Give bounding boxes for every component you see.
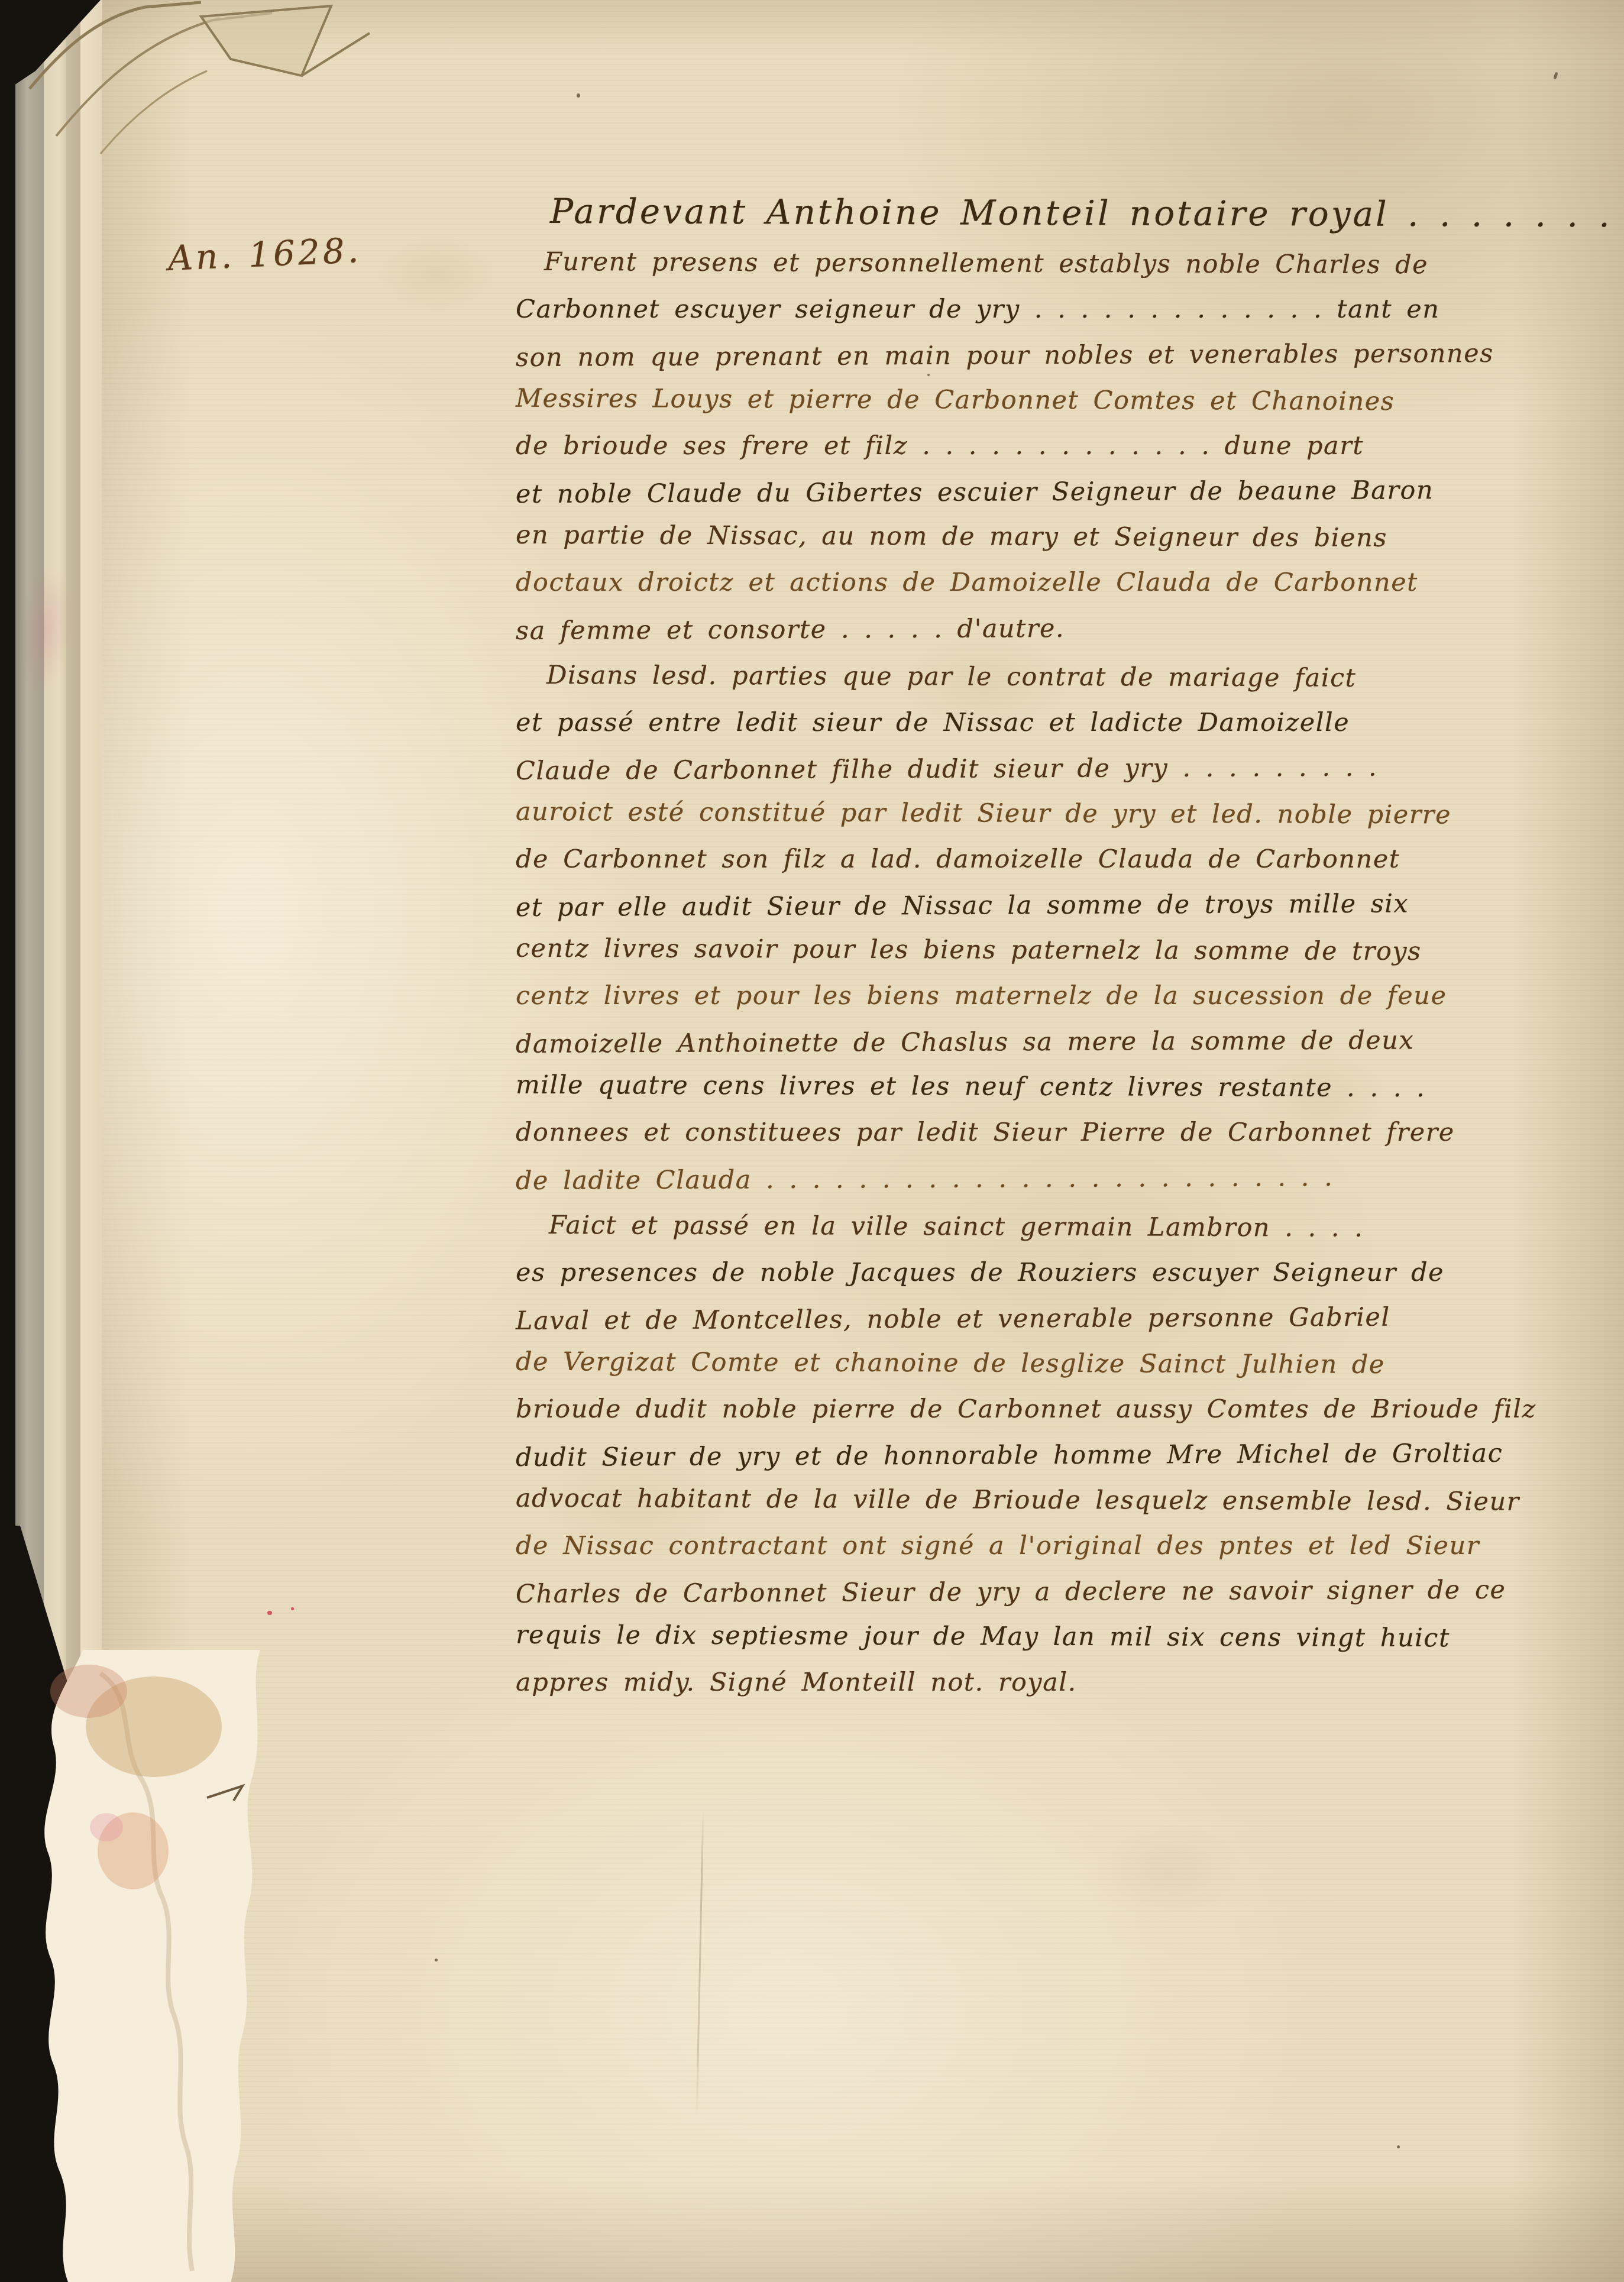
manuscript-line: es presences de noble Jacques de Rouzier…	[516, 1250, 1604, 1296]
manuscript-line: brioude dudit noble pierre de Carbonnet …	[516, 1387, 1604, 1432]
manuscript-line: et passé entre ledit sieur de Nissac et …	[516, 700, 1604, 746]
manuscript-line: de ladite Clauda . . . . . . . . . . . .…	[516, 1154, 1604, 1204]
paragraph-2: Furent presens et personnellement establ…	[516, 241, 1604, 651]
manuscript-line: requis le dix septiesme jour de May lan …	[516, 1613, 1604, 1662]
ink-speck	[435, 1959, 438, 1961]
folded-corner-marks	[24, 0, 402, 177]
manuscript-line: Laval et de Montcelles, noble et venerab…	[516, 1294, 1604, 1344]
manuscript-line: dudit Sieur de yry et de honnorable homm…	[516, 1430, 1604, 1481]
paragraph-4: Faict et passé en la ville sainct germai…	[516, 1205, 1604, 1705]
manuscript-line: Furent presens et personnellement establ…	[516, 239, 1604, 289]
torn-paper-edge	[12, 1650, 290, 2282]
year-margin-note: An. 1628.	[167, 230, 363, 279]
manuscript-line: appres midy. Signé Monteill not. royal.	[516, 1660, 1604, 1705]
red-ink-speck	[267, 1611, 272, 1615]
manuscript-line: Faict et passé en la ville sainct germai…	[516, 1203, 1604, 1252]
manuscript-line: de Nissac contractant ont signé a l'orig…	[516, 1523, 1604, 1569]
manuscript-line: son nom que prenant en main pour nobles …	[516, 331, 1604, 381]
manuscript-line: sa femme et consorte . . . . . d'autre.	[516, 604, 1604, 654]
manuscript-line: de Vergizat Comte et chanoine de lesgliz…	[516, 1339, 1604, 1388]
manuscript-line: de Carbonnet son filz a lad. damoizelle …	[516, 837, 1604, 882]
manuscript-line: mille quatre cens livres et les neuf cen…	[516, 1063, 1604, 1112]
paragraph-3: Disans lesd. parties que par le contrat …	[516, 655, 1604, 1201]
manuscript-text-block: Pardevant Anthoine Monteil notaire royal…	[516, 184, 1604, 1705]
manuscript-line: centz livres savoir pour les biens pater…	[516, 926, 1604, 975]
manuscript-line: auroict esté constitué par ledit Sieur d…	[516, 789, 1604, 839]
manuscript-line: et noble Claude du Gibertes escuier Seig…	[516, 467, 1604, 517]
manuscript-line: de brioude ses frere et filz . . . . . .…	[516, 423, 1604, 469]
scanned-manuscript-page: An. 1628. Pardevant Anthoine Monteil not…	[0, 0, 1624, 2282]
manuscript-line: damoizelle Anthoinette de Chaslus sa mer…	[516, 1017, 1604, 1067]
manuscript-line: donnees et constituees par ledit Sieur P…	[516, 1110, 1604, 1155]
manuscript-line: et par elle audit Sieur de Nissac la som…	[516, 881, 1604, 931]
red-ink-speck	[291, 1607, 294, 1610]
manuscript-line: en partie de Nissac, au nom de mary et S…	[516, 513, 1604, 562]
manuscript-line: Carbonnet escuyer seigneur de yry . . . …	[516, 287, 1604, 332]
manuscript-line: doctaux droictz et actions de Damoizelle…	[516, 560, 1604, 606]
manuscript-line: advocat habitant de la ville de Brioude …	[516, 1476, 1604, 1525]
manuscript-line: Pardevant Anthoine Monteil notaire royal…	[516, 183, 1604, 243]
manuscript-line: centz livres et pour les biens maternelz…	[516, 973, 1604, 1019]
ink-speck	[927, 374, 930, 376]
manuscript-line: Disans lesd. parties que par le contrat …	[516, 653, 1604, 702]
manuscript-line: Charles de Carbonnet Sieur de yry a decl…	[516, 1567, 1604, 1617]
ink-speck	[577, 93, 580, 98]
paragraph-1: Pardevant Anthoine Monteil notaire royal…	[516, 184, 1604, 241]
manuscript-line: Messires Louys et pierre de Carbonnet Co…	[516, 376, 1604, 425]
manuscript-line: Claude de Carbonnet filhe dudit sieur de…	[516, 744, 1604, 794]
ink-speck	[1397, 2145, 1400, 2148]
